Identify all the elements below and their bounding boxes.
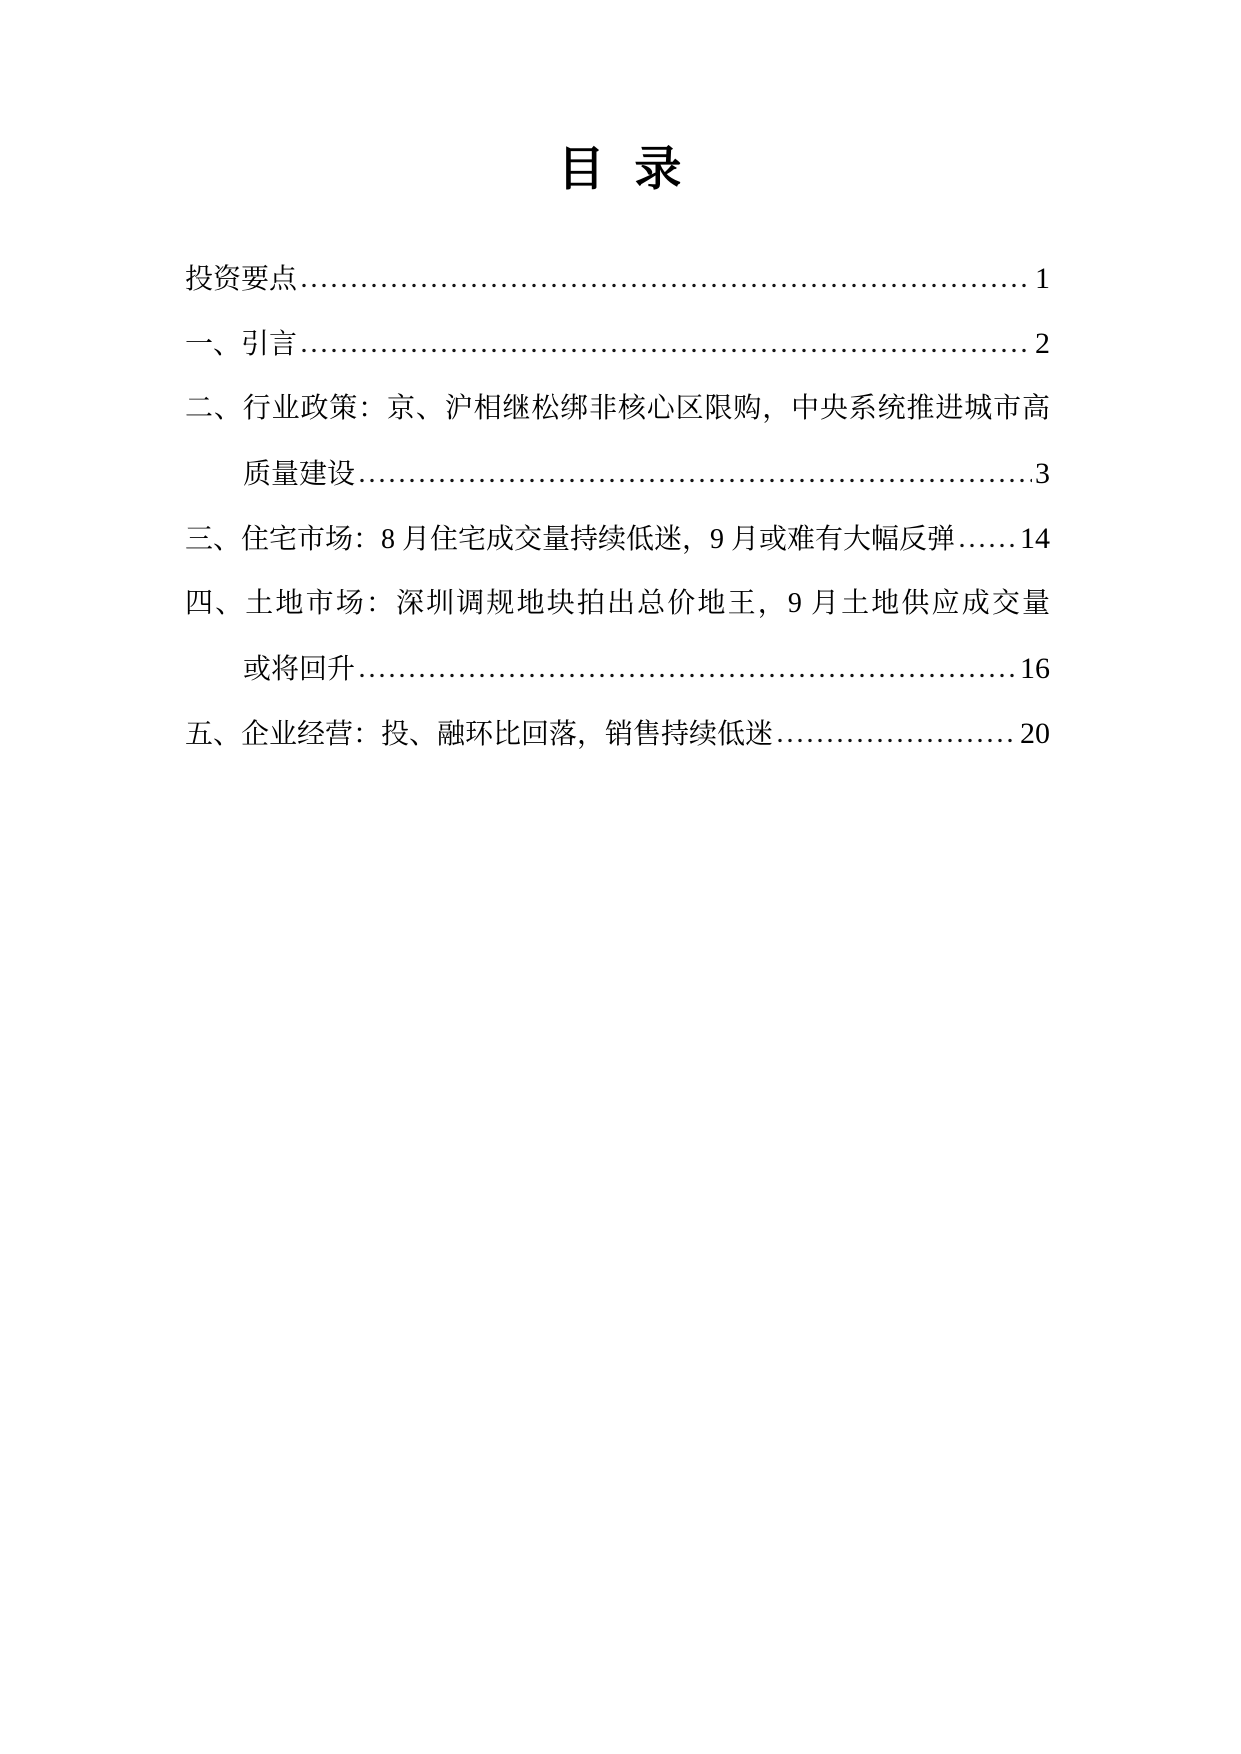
dot-leader: [775, 738, 1017, 743]
toc-entry-text: 投资要点: [185, 247, 297, 312]
toc-entry-introduction: 一、引言 2: [185, 311, 1050, 376]
dot-leader: [357, 478, 1032, 483]
toc-entry-industry-policy-line2: 质量建设 3: [185, 441, 1050, 506]
dot-leader: [357, 673, 1017, 678]
toc-entry-enterprise-operations: 五、企业经营：投、融环比回落，销售持续低迷 20: [185, 701, 1050, 766]
toc-page-number: 14: [1020, 506, 1050, 571]
toc-entry-investment-highlights: 投资要点 1: [185, 246, 1050, 311]
toc-entry-text: 质量建设: [243, 442, 355, 507]
dot-leader: [299, 348, 1032, 353]
toc-page-number: 3: [1035, 441, 1050, 506]
toc-title: 目 录: [0, 138, 1241, 202]
toc-page-number: 2: [1035, 311, 1050, 376]
toc-entry-text: 四、土地市场：深圳调规地块拍出总价地王，9 月土地供应成交量: [185, 588, 1050, 619]
toc-entry-land-market-line1: 四、土地市场：深圳调规地块拍出总价地王，9 月土地供应成交量: [185, 571, 1050, 636]
toc-page-number: 16: [1020, 636, 1050, 701]
toc-entry-housing-market: 三、住宅市场：8 月住宅成交量持续低迷，9 月或难有大幅反弹 14: [185, 506, 1050, 571]
table-of-contents: 投资要点 1 一、引言 2 二、行业政策：京、沪相继松绑非核心区限购，中央系统推…: [185, 246, 1050, 766]
dot-leader: [957, 543, 1017, 548]
toc-entry-text: 三、住宅市场：8 月住宅成交量持续低迷，9 月或难有大幅反弹: [185, 507, 955, 572]
toc-page-number: 20: [1020, 701, 1050, 766]
dot-leader: [299, 283, 1032, 288]
toc-entry-industry-policy-line1: 二、行业政策：京、沪相继松绑非核心区限购，中央系统推进城市高: [185, 376, 1050, 441]
toc-entry-text: 二、行业政策：京、沪相继松绑非核心区限购，中央系统推进城市高: [185, 393, 1050, 424]
document-page: 目 录 投资要点 1 一、引言 2 二、行业政策：京、沪相继松绑非核心区限购，中…: [0, 0, 1241, 1754]
toc-entry-text: 一、引言: [185, 312, 297, 377]
toc-entry-text: 或将回升: [243, 637, 355, 702]
toc-entry-land-market-line2: 或将回升 16: [185, 636, 1050, 701]
toc-entry-text: 五、企业经营：投、融环比回落，销售持续低迷: [185, 702, 773, 767]
toc-page-number: 1: [1035, 246, 1050, 311]
